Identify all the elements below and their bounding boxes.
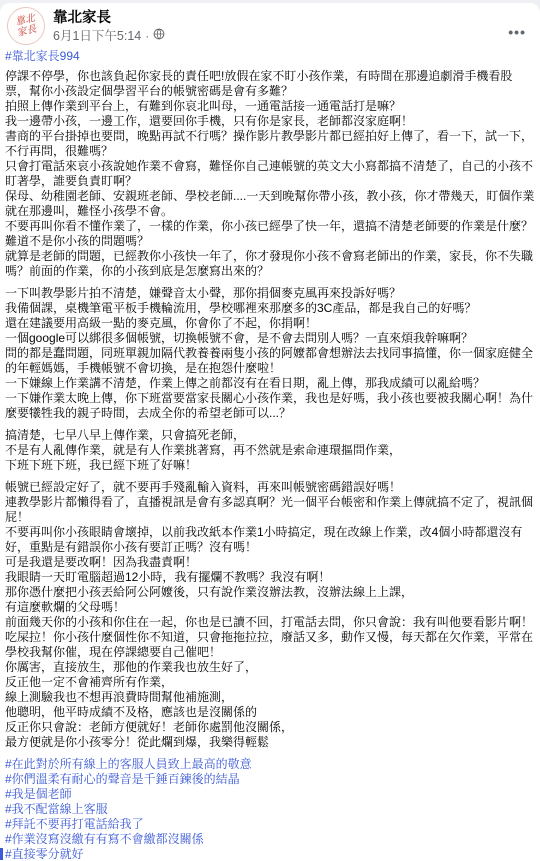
hashtag-link[interactable]: #作業沒寫沒繳有有寫不會繳都沒關係 bbox=[5, 832, 535, 847]
meta-separator: · bbox=[145, 28, 149, 45]
hashtag-link[interactable]: #你們溫柔有耐心的聲音是千錘百鍊後的結晶 bbox=[5, 772, 535, 787]
hashtag-block: #在此對於所有線上的客服人員致上最高的敬意 #你們溫柔有耐心的聲音是千錘百鍊後的… bbox=[5, 757, 535, 861]
post-paragraph-4: 帳號已經設定好了，就不要再手殘亂輸入資料，再來叫帳號密碼錯誤好嗎！ 連教學影片都… bbox=[5, 480, 535, 750]
text-cursor-artifact bbox=[0, 848, 3, 860]
hashtag-link[interactable]: #在此對於所有線上的客服人員致上最高的敬意 bbox=[5, 757, 535, 772]
header-text: 靠北家長 6月1日下午5:14 · bbox=[53, 7, 165, 45]
post-body: #靠北家長994 停課不停學，你也該負起你家長的責任吧!放假在家不盯小孩作業，有… bbox=[0, 47, 540, 861]
post-timestamp-link[interactable]: 6月1日下午5:14 bbox=[53, 28, 141, 45]
page-avatar[interactable]: 靠北 家長 bbox=[5, 5, 48, 48]
post-paragraph-2: 一下叫教學影片拍不清楚，嫌聲音太小聲，那你捐個麥克風再來投訴好嗎？ 我備個課，桌… bbox=[5, 286, 535, 421]
globe-privacy-icon bbox=[153, 28, 165, 45]
hashtag-link[interactable]: #我是個老師 bbox=[5, 787, 535, 802]
hashtag-link[interactable]: #拜託不要再打電話給我了 bbox=[5, 817, 535, 832]
ellipsis-icon: ••• bbox=[508, 24, 526, 40]
page-name-link[interactable]: 靠北家長 bbox=[53, 9, 165, 28]
post-header: 靠北 家長 靠北家長 6月1日下午5:14 · ••• bbox=[0, 3, 540, 47]
facebook-post-card: 靠北 家長 靠北家長 6月1日下午5:14 · ••• #靠北家長994 停課不… bbox=[0, 3, 540, 861]
post-paragraph-3: 搞清楚，七早八早上傳作業，只會搞死老師， 不是有人亂傳作業，就是有人作業挑著寫，… bbox=[5, 428, 535, 473]
post-paragraph-1: 停課不停學，你也該負起你家長的責任吧!放假在家不盯小孩作業，有時間在那邊追劇滑手… bbox=[5, 69, 535, 279]
more-options-button[interactable]: ••• bbox=[508, 25, 526, 39]
post-meta: 6月1日下午5:14 · bbox=[53, 28, 165, 45]
lead-hashtag-link[interactable]: #靠北家長994 bbox=[5, 49, 535, 64]
hashtag-link[interactable]: #我不配當線上客服 bbox=[5, 802, 535, 817]
hashtag-link[interactable]: #直接零分就好 bbox=[5, 847, 535, 861]
